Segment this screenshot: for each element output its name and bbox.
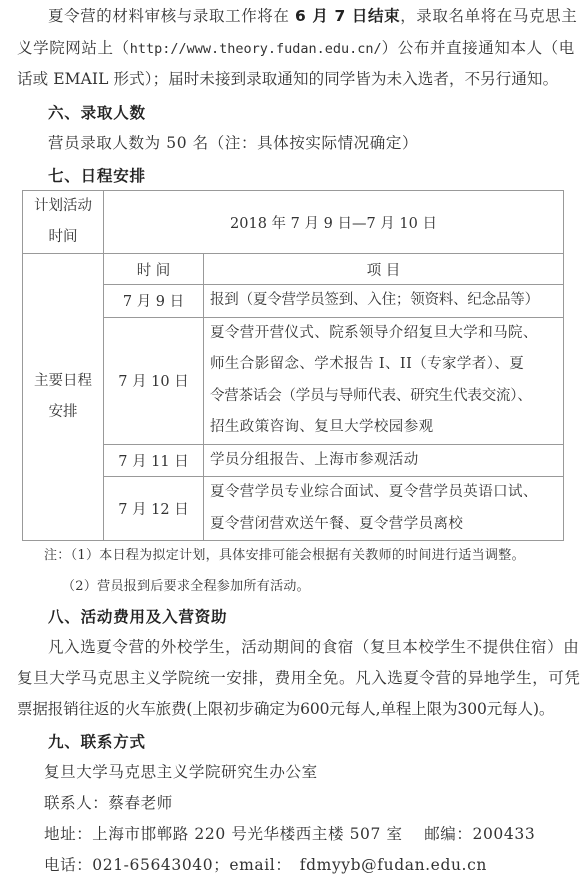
intro-text: 义学院网站上（ — [17, 39, 130, 57]
row-date: 7 月 9 日 — [104, 285, 204, 318]
section-8-line-1: 凡入选夏令营的外校学生，活动期间的食宿（复旦本校学生不提供住宿）由 — [48, 637, 579, 657]
schedule-note-1: 注：（1）本日程为拟定计划，具体安排可能会根据有关教师的时间进行适当调整。 — [44, 544, 525, 563]
plan-label-line: 时间 — [23, 222, 103, 253]
row-item-line: 夏令营闭营欢送午餐、夏令营学员离校 — [210, 509, 563, 541]
section-8-line-3: 票据报销往返的火车旅费(上限初步确定为600元每人,单程上限为300元每人)。 — [17, 699, 554, 719]
section-6-heading: 六、录取人数 — [48, 101, 146, 123]
table-row: 7 月 9 日 报到（夏令营学员签到、入住；领资料、纪念品等） — [23, 285, 564, 318]
intro-text: ，录取名单将在马克思主 — [400, 7, 577, 25]
website-url: http://www.theory.fudan.edu.cn/ — [130, 41, 382, 57]
row-item: 夏令营学员专业综合面试、夏令营学员英语口试、 夏令营闭营欢送午餐、夏令营学员离校 — [204, 477, 564, 541]
contact-phone-email: 电话：021-65643040；email： fdmyyb@fudan.edu.… — [44, 855, 487, 875]
schedule-note-2: （2）营员报到后要求全程参加所有活动。 — [62, 575, 310, 594]
intro-line-3: 话或 EMAIL 形式）；届时未接到录取通知的同学皆为未入选者，不另行通知。 — [17, 69, 558, 89]
row-date: 7 月 11 日 — [104, 444, 204, 477]
row-item: 夏令营开营仪式、院系领导介绍复旦大学和马院、 师生合影留念、学术报告 I、II（… — [204, 317, 564, 444]
section-7-heading: 七、日程安排 — [48, 164, 146, 186]
table-header-row: 主要日程 安排 时 间 项 目 — [23, 254, 564, 285]
row-item-line: 招生政策咨询、复旦大学校园参观 — [210, 412, 563, 444]
contact-office: 复旦大学马克思主义学院研究生办公室 — [44, 762, 318, 782]
plan-time-row: 计划活动 时间 2018 年 7 月 9 日—7 月 10 日 — [23, 191, 564, 254]
intro-text: ）公布并直接通知本人（电 — [382, 39, 575, 57]
plan-time-label: 计划活动 时间 — [23, 191, 104, 254]
section-9-heading: 九、联系方式 — [48, 730, 146, 752]
row-date: 7 月 12 日 — [104, 477, 204, 541]
column-header-item: 项 目 — [204, 254, 564, 285]
section-8-heading: 八、活动费用及入营资助 — [48, 605, 227, 627]
table-row: 7 月 11 日 学员分组报告、上海市参观活动 — [23, 444, 564, 477]
intro-text: 夏令营的材料审核与录取工作将在 — [48, 7, 295, 25]
end-date-emphasis: 6 月 7 日结束 — [295, 7, 400, 25]
section-6-text: 营员录取人数为 50 名（注：具体按实际情况确定） — [48, 133, 418, 153]
row-item-line: 令营茶话会（学员与导师代表、研究生代表交流）、 — [210, 381, 563, 413]
main-label-line: 安排 — [23, 397, 103, 428]
row-item-line: 夏令营开营仪式、院系领导介绍复旦大学和马院、 — [210, 318, 563, 350]
contact-person: 联系人：蔡春老师 — [44, 793, 173, 813]
contact-address: 地址：上海市邯郸路 220 号光华楼西主楼 507 室 邮编：200433 — [44, 824, 535, 844]
row-item-line: 师生合影留念、学术报告 I、II（专家学者）、夏 — [210, 349, 563, 381]
intro-line-2: 义学院网站上（http://www.theory.fudan.edu.cn/）公… — [17, 38, 575, 59]
table-row: 7 月 10 日 夏令营开营仪式、院系领导介绍复旦大学和马院、 师生合影留念、学… — [23, 317, 564, 444]
row-date: 7 月 10 日 — [104, 317, 204, 444]
row-item-line: 夏令营学员专业综合面试、夏令营学员英语口试、 — [210, 477, 563, 509]
schedule-table: 计划活动 时间 2018 年 7 月 9 日—7 月 10 日 主要日程 安排 … — [22, 190, 564, 541]
table-row: 7 月 12 日 夏令营学员专业综合面试、夏令营学员英语口试、 夏令营闭营欢送午… — [23, 477, 564, 541]
main-label-line: 主要日程 — [23, 366, 103, 397]
plan-time-value: 2018 年 7 月 9 日—7 月 10 日 — [104, 191, 564, 254]
row-item-line: 报到（夏令营学员签到、入住；领资料、纪念品等） — [210, 285, 563, 317]
column-header-time: 时 间 — [104, 254, 204, 285]
plan-label-line: 计划活动 — [23, 191, 103, 222]
row-item-line: 学员分组报告、上海市参观活动 — [210, 445, 563, 477]
intro-line-1: 夏令营的材料审核与录取工作将在 6 月 7 日结束，录取名单将在马克思主 — [48, 6, 577, 26]
section-8-line-2: 复旦大学马克思主义学院统一安排，费用全免。凡入选夏令营的异地学生，可凭 — [17, 668, 581, 688]
row-item: 学员分组报告、上海市参观活动 — [204, 444, 564, 477]
row-item: 报到（夏令营学员签到、入住；领资料、纪念品等） — [204, 285, 564, 318]
main-schedule-label: 主要日程 安排 — [23, 254, 104, 541]
